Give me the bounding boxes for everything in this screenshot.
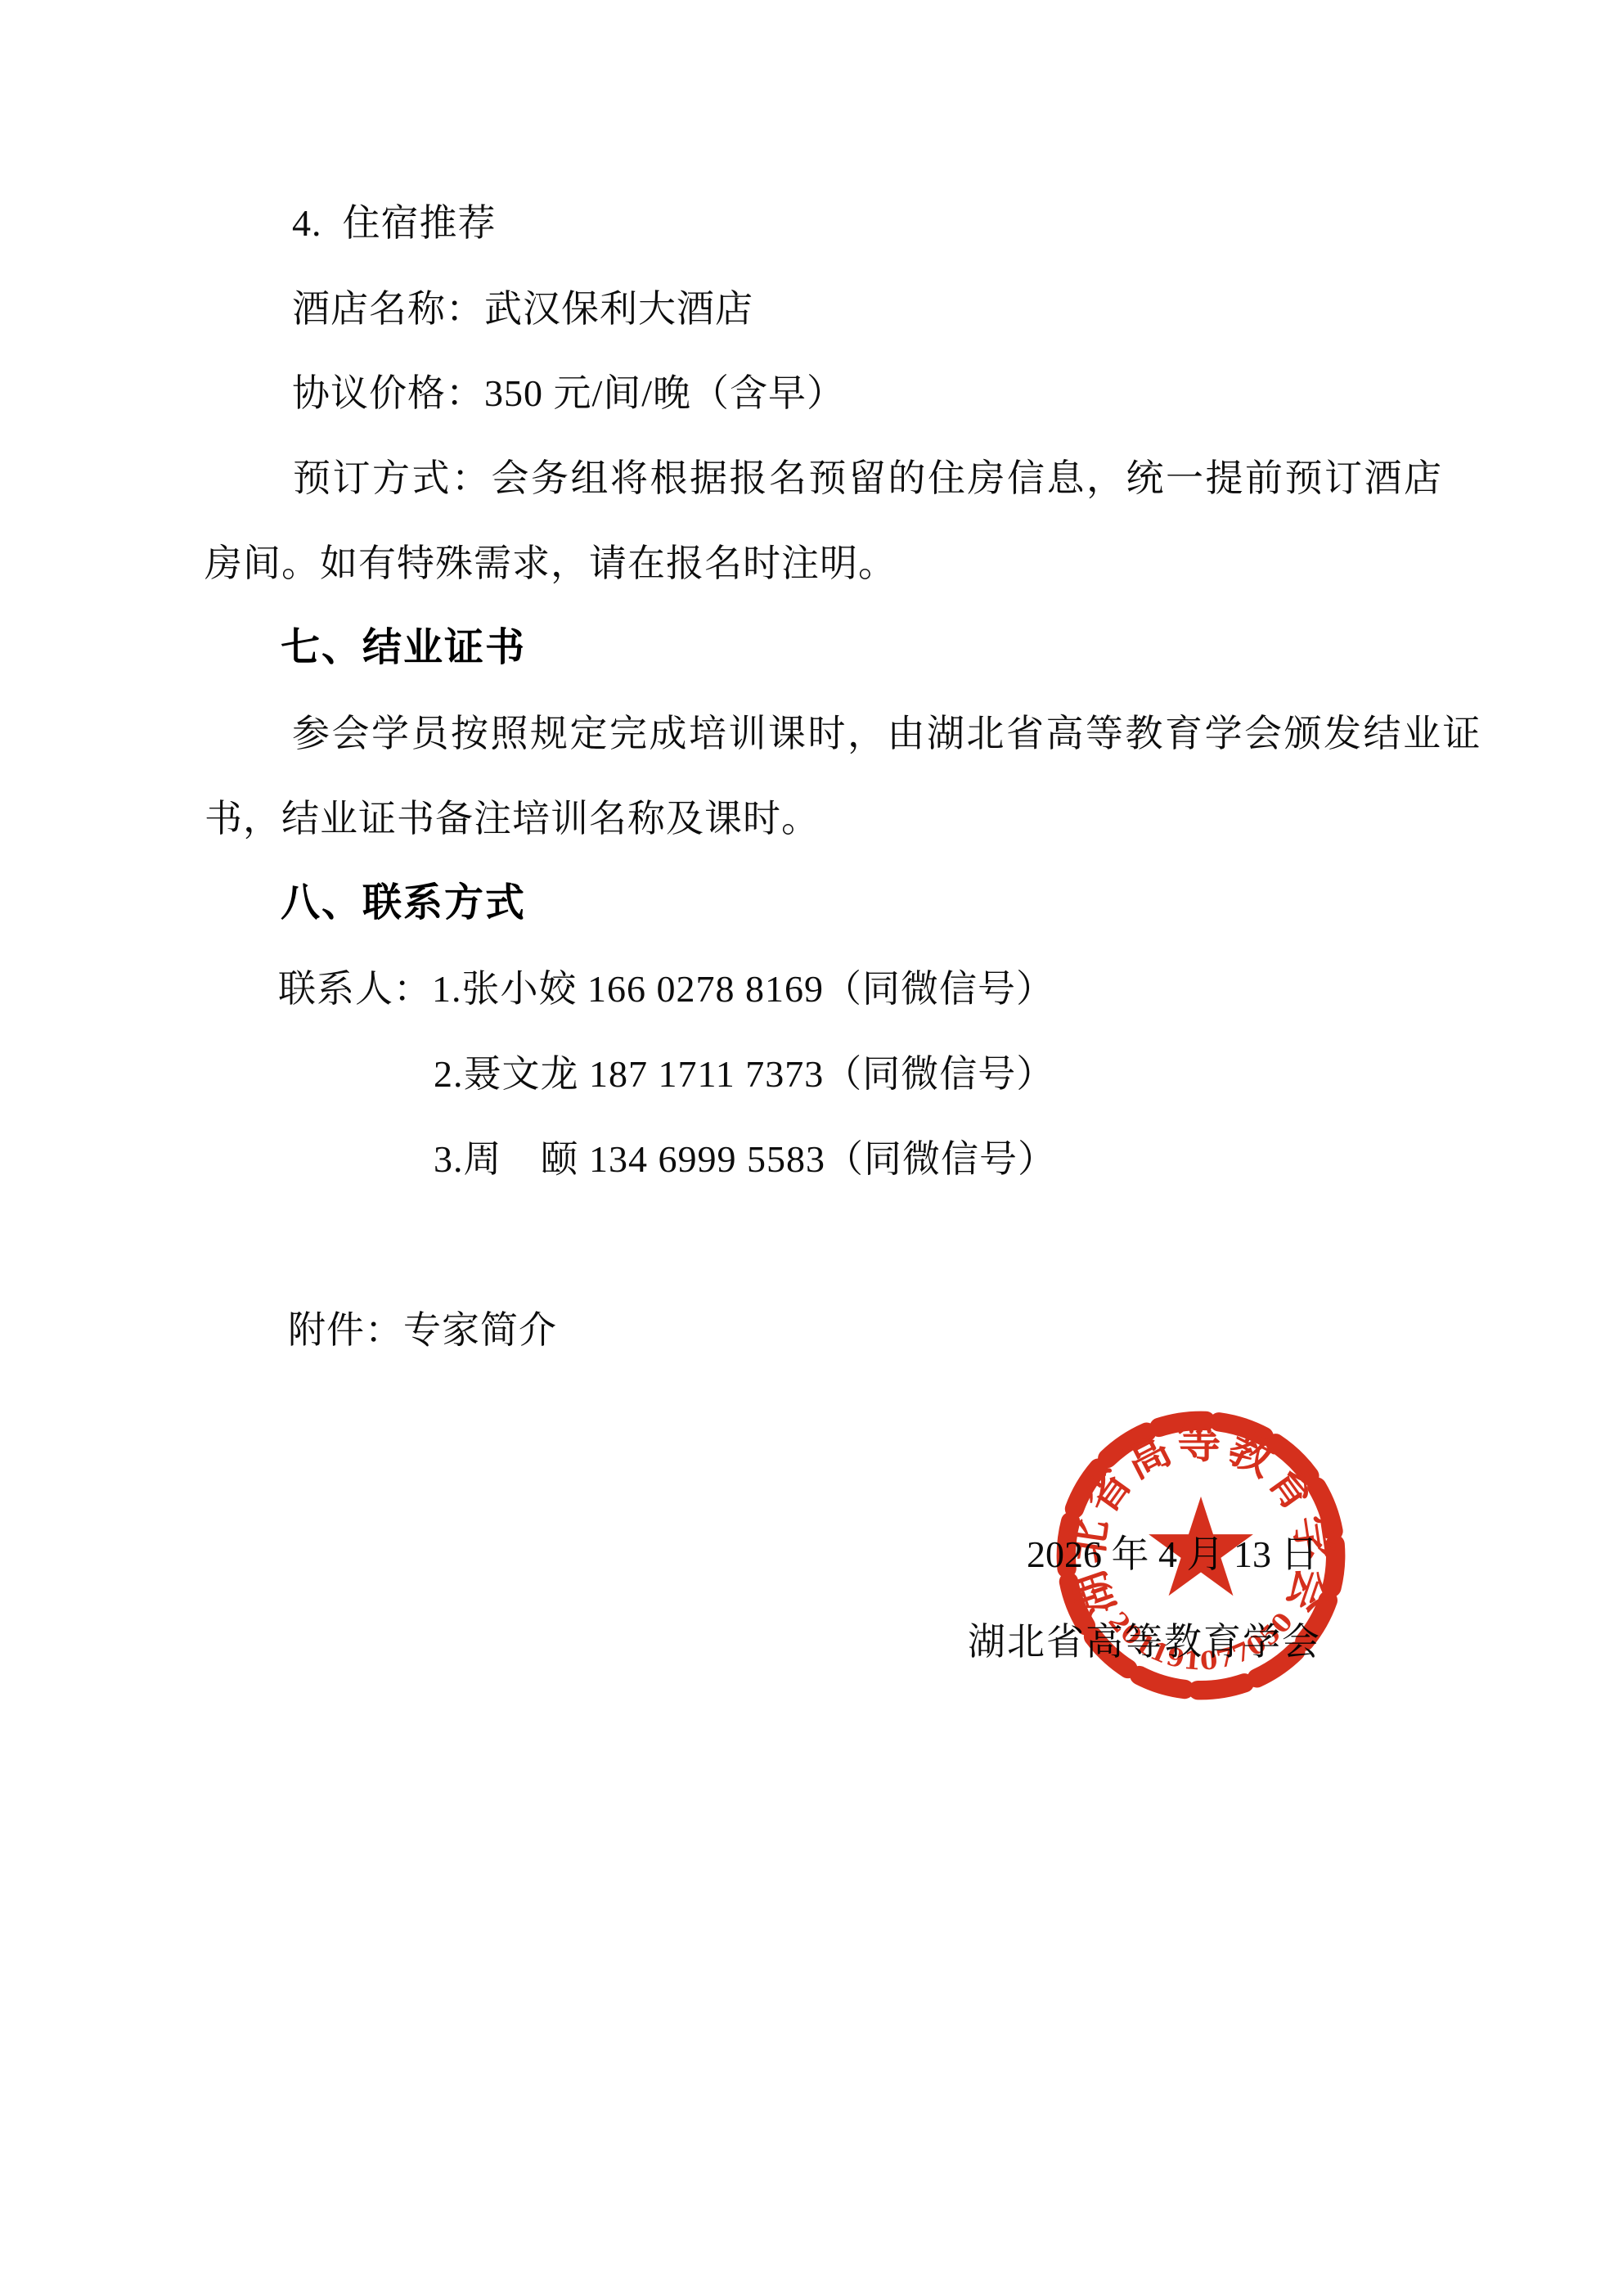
seal-star-icon bbox=[1149, 1497, 1253, 1596]
official-seal: 湖北省高等教育学会 42011910770505 bbox=[1051, 1406, 1351, 1705]
booking-method-line-2: 房间。如有特殊需求，请在报名时注明。 bbox=[205, 538, 897, 589]
certificate-body-line-2: 书，结业证书备注培训名称及课时。 bbox=[205, 794, 820, 844]
section-heading-certificate: 七、结业证书 bbox=[281, 622, 526, 673]
certificate-body-line-1: 参会学员按照规定完成培训课时，由湖北省高等教育学会颁发结业证 bbox=[292, 709, 1482, 759]
seal-graphic: 湖北省高等教育学会 42011910770505 bbox=[1051, 1406, 1351, 1705]
hotel-name-line: 酒店名称：武汉保利大酒店 bbox=[292, 284, 753, 335]
contact-line-3: 3.周 颐 134 6999 5583（同微信号） bbox=[434, 1134, 1056, 1185]
attachment-line: 附件：专家简介 bbox=[288, 1305, 557, 1356]
accommodation-item-heading: 4. 住宿推荐 bbox=[292, 198, 497, 249]
contact-line-2: 2.聂文龙 187 1711 7373（同微信号） bbox=[434, 1049, 1054, 1100]
booking-method-line-1: 预订方式：会务组将根据报名预留的住房信息，统一提前预订酒店 bbox=[293, 453, 1444, 504]
contact-line-1: 联系人：1.张小姣 166 0278 8169（同微信号） bbox=[278, 964, 1054, 1015]
document-page: 4. 住宿推荐 酒店名称：武汉保利大酒店 协议价格：350 元/间/晚（含早） … bbox=[0, 0, 1623, 2296]
section-heading-contact: 八、联系方式 bbox=[281, 877, 526, 928]
price-line: 协议价格：350 元/间/晚（含早） bbox=[292, 368, 845, 419]
